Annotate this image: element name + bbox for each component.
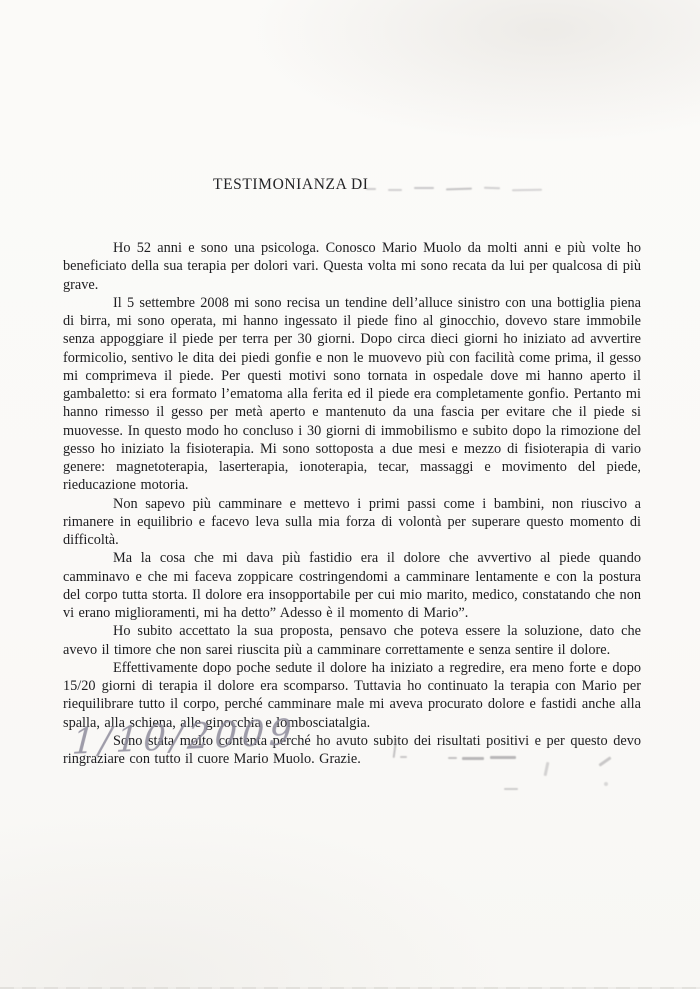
- paragraph: Ma la cosa che mi dava più fastidio era …: [63, 549, 641, 622]
- scanned-document-page: TESTIMONIANZA DI Ho 52 anni e sono una p…: [0, 0, 700, 989]
- paragraph: Ho subito accettato la sua proposta, pen…: [63, 622, 641, 659]
- erased-signature-smudge: [380, 730, 650, 810]
- paragraph: Il 5 settembre 2008 mi sono recisa un te…: [63, 294, 641, 495]
- paragraph: Ho 52 anni e sono una psicologa. Conosco…: [63, 239, 641, 294]
- redacted-name-smudge: [362, 184, 557, 194]
- document-title: TESTIMONIANZA DI: [213, 176, 369, 193]
- document-title-row: TESTIMONIANZA DI: [213, 176, 369, 194]
- paragraph: Non sapevo più camminare e mettevo i pri…: [63, 495, 641, 550]
- document-body: Ho 52 anni e sono una psicologa. Conosco…: [63, 239, 641, 768]
